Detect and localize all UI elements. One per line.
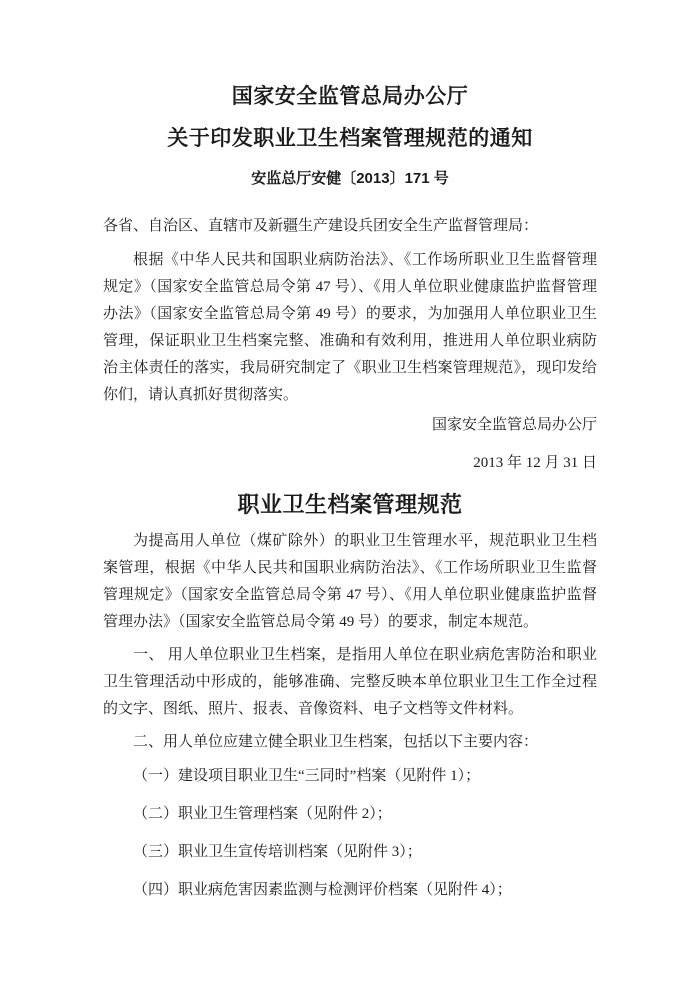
regulation-item-two: 二、用人单位应建立健全职业卫生档案，包括以下主要内容：	[103, 729, 597, 756]
document-page: 国家安全监管总局办公厅 关于印发职业卫生档案管理规范的通知 安监总厅安健〔201…	[0, 0, 700, 990]
signature-date: 2013 年 12 月 31 日	[103, 450, 597, 477]
org-title: 国家安全监管总局办公厅	[103, 85, 597, 107]
signature-org: 国家安全监管总局办公厅	[103, 412, 597, 439]
notice-body-paragraph: 根据《中华人民共和国职业病防治法》、《工作场所职业卫生监督管理规定》（国家安全监…	[103, 247, 597, 409]
attachment-list-item: （四）职业病危害因素监测与检测评价档案（见附件 4）；	[103, 877, 597, 904]
regulation-intro-paragraph: 为提高用人单位（煤矿除外）的职业卫生管理水平，规范职业卫生档案管理，根据《中华人…	[103, 528, 597, 636]
document-content: 国家安全监管总局办公厅 关于印发职业卫生档案管理规范的通知 安监总厅安健〔201…	[0, 0, 700, 904]
doc-number: 安监总厅安健〔2013〕171 号	[103, 170, 597, 188]
attachment-list-item: （三）职业卫生宣传培训档案（见附件 3）；	[103, 839, 597, 866]
notice-subject-title: 关于印发职业卫生档案管理规范的通知	[103, 127, 597, 149]
regulation-item-one: 一、 用人单位职业卫生档案，是指用人单位在职业病危害防治和职业卫生管理活动中形成…	[103, 642, 597, 723]
regulation-title: 职业卫生档案管理规范	[103, 490, 597, 520]
salutation: 各省、自治区、直辖市及新疆生产建设兵团安全生产监督管理局：	[103, 213, 597, 240]
attachment-list-item: （二）职业卫生管理档案（见附件 2）；	[103, 801, 597, 828]
attachment-list-item: （一）建设项目职业卫生“三同时”档案（见附件 1）；	[103, 763, 597, 790]
